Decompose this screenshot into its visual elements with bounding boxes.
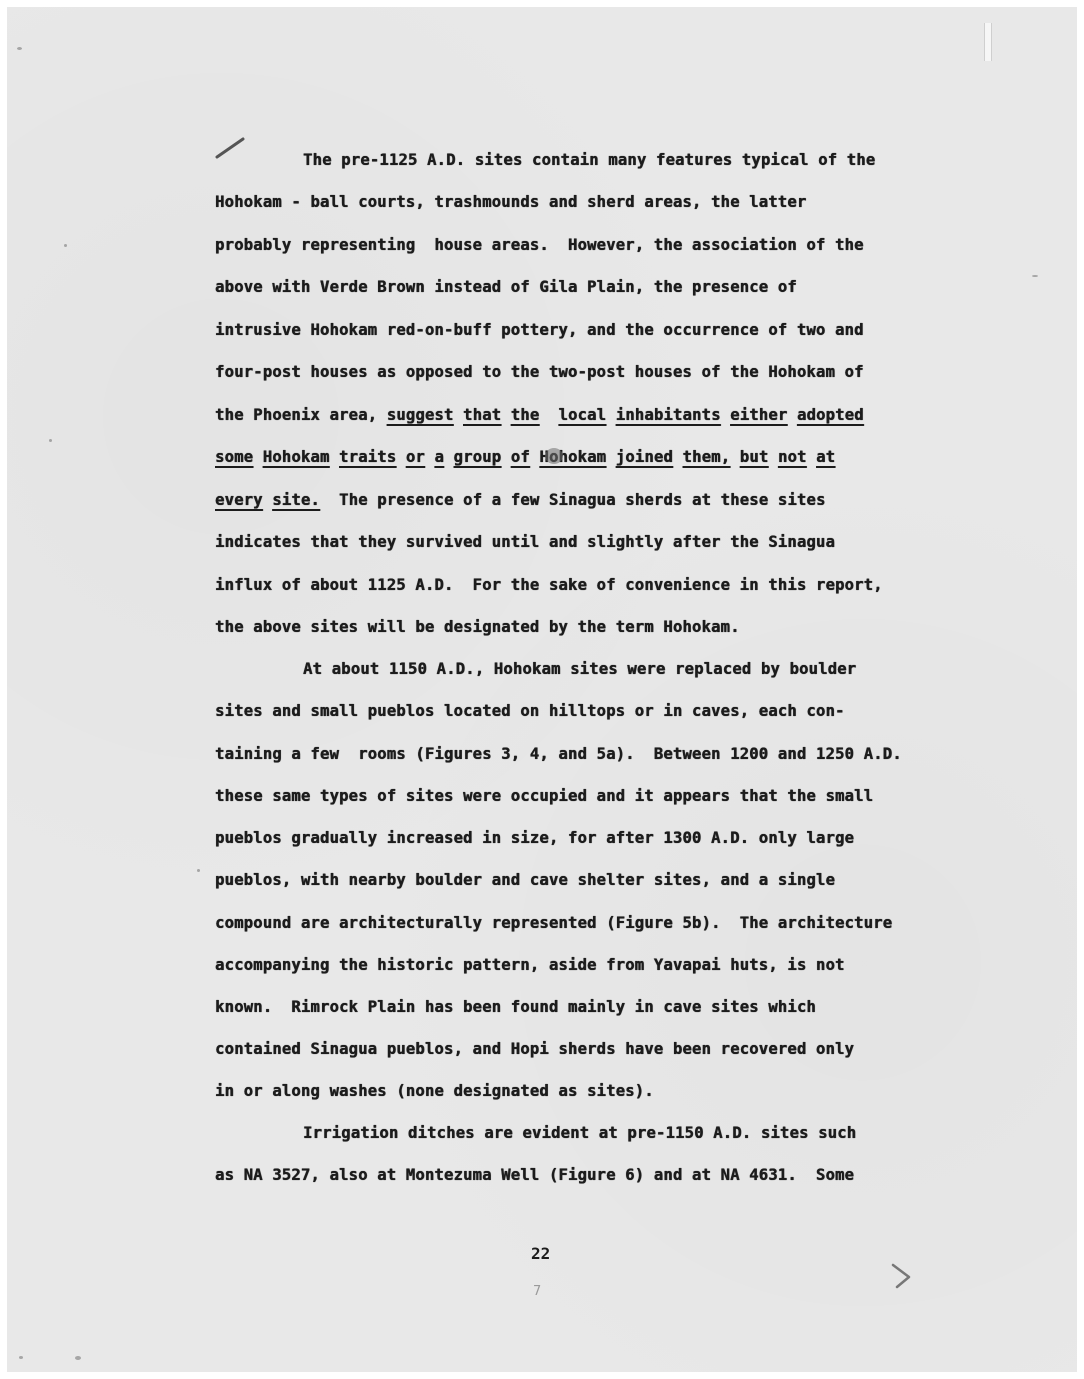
- text-line: the above sites will be designated by th…: [215, 617, 740, 637]
- underlined-word: joined: [616, 448, 673, 466]
- page-number: 22: [531, 1244, 550, 1263]
- underlined-word: but: [740, 448, 769, 466]
- underlined-word: at: [816, 448, 835, 466]
- underlined-word: some: [215, 448, 253, 466]
- text-line: in or along washes (none designated as s…: [215, 1081, 654, 1101]
- text-line: above with Verde Brown instead of Gila P…: [215, 277, 797, 297]
- underlined-word: them,: [683, 448, 731, 466]
- scan-speck: [49, 439, 52, 442]
- scan-speck: [17, 47, 22, 50]
- text-line: these same types of sites were occupied …: [215, 786, 873, 806]
- text-line: indicates that they survived until and s…: [215, 532, 835, 552]
- crease-mark: [984, 23, 992, 61]
- faint-mark: 7: [533, 1284, 541, 1299]
- ink-smudge: [545, 448, 563, 464]
- text-line: accompanying the historic pattern, aside…: [215, 955, 845, 975]
- scan-speck: [75, 1356, 81, 1360]
- underlined-word: not: [778, 448, 807, 466]
- underlined-word: site.: [272, 491, 320, 509]
- underlined-word: the: [511, 406, 540, 424]
- text-line: Irrigation ditches are evident at pre-11…: [303, 1123, 856, 1143]
- text-line-underlined: some Hohokam traits or a group of Hohoka…: [215, 447, 835, 467]
- text-line: probably representing house areas. Howev…: [215, 235, 864, 255]
- text-line-underlined: every site. The presence of a few Sinagu…: [215, 490, 825, 510]
- scan-speck: [197, 869, 200, 872]
- underlined-word: group: [454, 448, 502, 466]
- scanned-page: The pre-1125 A.D. sites contain many fea…: [7, 7, 1077, 1372]
- text-line: pueblos, with nearby boulder and cave sh…: [215, 870, 835, 890]
- text-line: sites and small pueblos located on hillt…: [215, 701, 845, 721]
- underlined-word: every: [215, 491, 263, 509]
- text-line: contained Sinagua pueblos, and Hopi sher…: [215, 1039, 854, 1059]
- text-line: influx of about 1125 A.D. For the sake o…: [215, 575, 883, 595]
- text-line: compound are architecturally represented…: [215, 913, 892, 933]
- underlined-word: adopted: [797, 406, 864, 424]
- pencil-chevron-mark: [887, 1261, 917, 1291]
- text-line: The pre-1125 A.D. sites contain many fea…: [303, 150, 875, 170]
- underlined-word: that: [463, 406, 501, 424]
- underlined-word: either: [730, 406, 787, 424]
- underlined-word: suggest: [387, 406, 454, 424]
- text-line: Hohokam - ball courts, trashmounds and s…: [215, 192, 806, 212]
- text-line: pueblos gradually increased in size, for…: [215, 828, 854, 848]
- underlined-word: a: [434, 448, 444, 466]
- text-line: as NA 3527, also at Montezuma Well (Figu…: [215, 1165, 854, 1185]
- underlined-word: of: [511, 448, 530, 466]
- text-line: taining a few rooms (Figures 3, 4, and 5…: [215, 744, 902, 764]
- text-line: known. Rimrock Plain has been found main…: [215, 997, 816, 1017]
- scan-speck: [64, 244, 67, 247]
- underlined-word: local: [558, 406, 606, 424]
- margin-slash-mark: [213, 135, 249, 161]
- text-line: At about 1150 A.D., Hohokam sites were r…: [303, 659, 856, 679]
- underlined-word: traits: [339, 448, 396, 466]
- text-segment: the Phoenix area,: [215, 406, 387, 424]
- text-line: intrusive Hohokam red-on-buff pottery, a…: [215, 320, 864, 340]
- underlined-word: inhabitants: [616, 406, 721, 424]
- text-line-underlined: the Phoenix area, suggest that the local…: [215, 405, 864, 425]
- text-segment: The presence of a few Sinagua sherds at …: [320, 491, 826, 509]
- underlined-word: or: [406, 448, 425, 466]
- text-line: four-post houses as opposed to the two-p…: [215, 362, 864, 382]
- scan-speck: [1032, 275, 1038, 277]
- scan-speck: [19, 1356, 23, 1359]
- underlined-word: Hohokam: [263, 448, 330, 466]
